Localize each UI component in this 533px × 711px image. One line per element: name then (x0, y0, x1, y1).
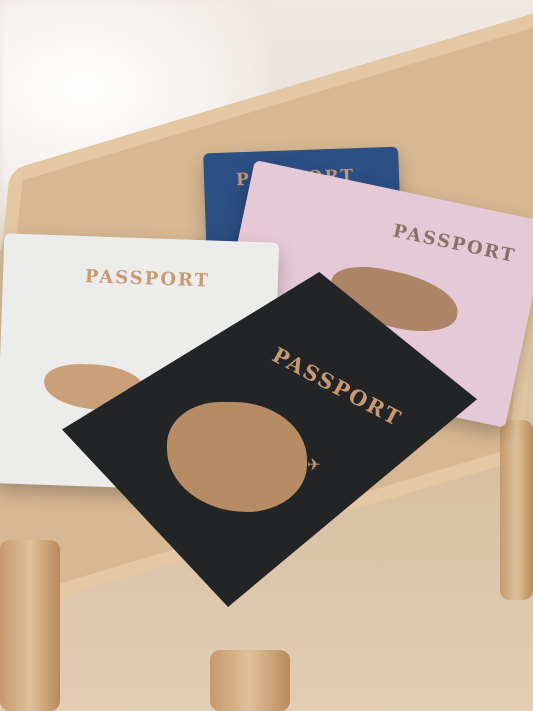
world-map-icon (167, 402, 307, 512)
stool-leg (210, 650, 290, 711)
stool-leg (500, 420, 533, 600)
passport-title: PASSPORT (268, 342, 406, 431)
passport-title: PASSPORT (391, 221, 518, 268)
stool-leg (0, 540, 60, 711)
passport-title: PASSPORT (85, 266, 211, 291)
airplane-icon: ✈ (307, 455, 320, 474)
